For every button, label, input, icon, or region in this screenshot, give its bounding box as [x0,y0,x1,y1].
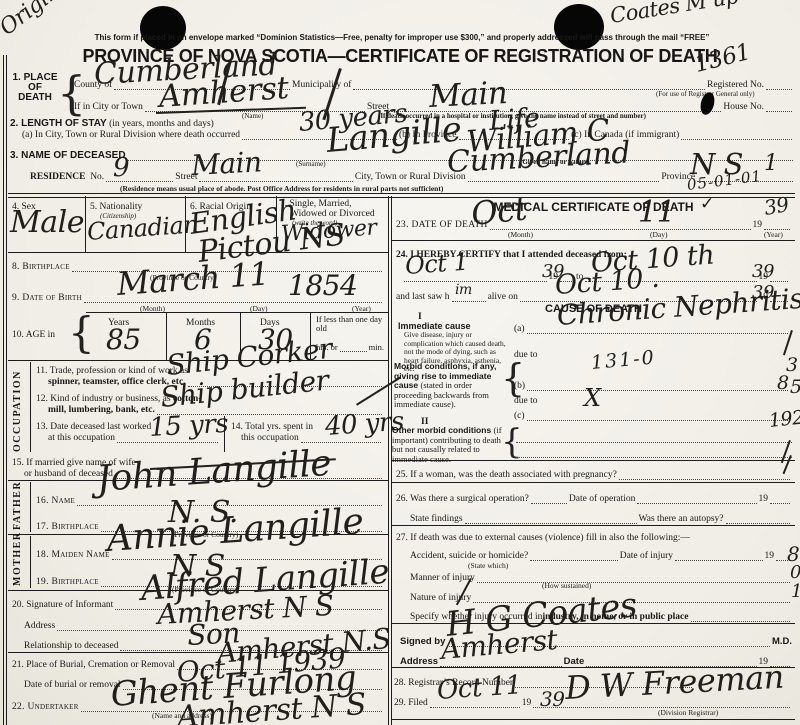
section-rule [392,482,795,483]
brace: { [501,356,525,400]
registered-no-label: Registered No. [707,80,764,90]
morbid-conditions-label: Morbid conditions, if any, giving rise t… [394,362,510,410]
father-birthplace-label: 17. Birthplace [36,522,99,532]
cause-a-label: (a) [514,324,525,334]
due-to-label: due to [514,396,537,406]
brace: { [68,308,95,357]
city-town-label: If in City or Town [74,102,143,112]
annotation-coates: Coates M up [609,0,740,27]
date-of-birth-label: 9. Date of Birth [12,293,82,303]
mother-side-label: MOTHER [12,538,23,586]
residence-extra-mark: 1 [764,153,778,175]
field-divider [224,416,225,452]
him-value: im [455,283,472,297]
municipality-label: Municipality of [292,80,351,90]
cause-b-x-mark: X [584,386,601,410]
birthplace-label: 8. Birthplace [12,262,70,272]
date-of-death-day-value: 11 [638,198,675,228]
last-worked-label: 13. Date deceased last worked [36,422,151,432]
name-of-deceased-label: 3. NAME OF DECEASED [10,150,126,161]
margin-code: 0 [790,564,800,582]
undertaker-label: 22. Undertaker [12,702,79,712]
residence-note: (Residence means usual place of abode. P… [120,184,443,193]
residence-no-value: 9 [113,155,129,181]
pregnancy-label: 25. If a woman, was the death associated… [396,470,617,480]
year-19-print: 19 [753,220,763,230]
margin-code: 8 [787,544,799,564]
last-saw-label: and last saw h [396,292,450,302]
cause-b-label: (b) [514,381,525,391]
margin-code: 1 [791,583,800,601]
min-label: min. [369,342,384,352]
filed-year-value: 39 [540,689,564,709]
cause-b-code: 131-0 [590,348,656,373]
age-table-top [86,312,388,313]
scan-left-edge [3,55,7,725]
margin-code: 8 [777,374,789,393]
accident-label: Accident, suicide or homicide? [410,551,528,561]
signed-by-label: Signed by [400,636,445,647]
medical-certificate-title: MEDICAL CERTIFICATE OF DEATH [392,200,795,214]
dotted-line [516,440,792,443]
dob-year-value: 1854 [288,272,357,300]
nationality-value: Canadian [86,212,199,244]
father-name-label: 16. Name [36,496,75,506]
section-divider [8,193,795,198]
residence-street-value: Main [191,148,263,180]
informant-address-label: Address [24,621,55,631]
mother-name-label: 18. Maiden Name [36,550,110,560]
industry-label-bold: mill, lumbering, bank, etc. [48,405,155,415]
age-years-value: 85 [106,326,141,354]
filed-label: 29. Filed [394,698,428,708]
father-name-value: John Langille [95,446,332,498]
nationality-label: 5. Nationality [90,202,142,212]
total-years-label: 14. Total yrs. spent in [231,422,313,432]
date-of-death-month-value: Oct [470,192,529,230]
trade-label: 11. Trade, profession or kind of work as [36,366,188,376]
section-rule [392,525,795,526]
surname-note: (Surname) [296,160,326,168]
less-than-day-label: If less than one day old [316,315,386,333]
stay-a-label: (a) In City, Town or Rural Division wher… [22,130,240,140]
informant-label: 20. Signature of Informant [12,600,113,610]
physician-address-label: Address [400,656,438,667]
residence-label: RESIDENCE [30,172,85,182]
manner-of-injury-label: Manner of injury [410,573,475,583]
ink-blob [554,4,604,50]
how-sustained-note: (How sustained) [542,581,591,590]
operation-label: 26. Was there a surgical operation? [396,494,529,504]
cause-c-label: (c) [514,411,525,421]
section-rule [392,460,795,461]
operation-date-label: Date of operation [569,494,635,504]
division-registrar-note: (Division Registrar) [658,708,718,717]
alive-on-label: alive on [488,292,518,302]
filed-date-value: Oct 11 [436,672,522,704]
industry-label: 12. Kind of industry or business, as [36,394,173,404]
mother-bracket [30,536,31,588]
state-findings-label: State findings [410,514,463,524]
father-bracket [30,482,31,532]
bottom-rule [392,719,795,720]
dotted-line [516,455,792,458]
date-of-death-year-value: 39 [763,194,791,218]
dob-value: March 11 [116,257,270,300]
age-label: 10. AGE in [12,330,55,340]
burial-label: 21. Place of Burial, Cremation or Remova… [12,660,175,670]
section-rule [392,240,795,241]
year-note: (Year) [764,230,783,239]
length-of-stay-label: 2. LENGTH OF STAY [10,118,107,129]
last-worked-value: 15 yrs [149,411,229,441]
occupation-side-label: OCCUPATION [12,364,23,452]
md-label: M.D. [772,636,792,647]
house-no-label: House No. [723,102,764,112]
father-side-label: FATHER [12,484,23,530]
ink-blob [140,6,186,50]
external-causes-label: 27. If death was due to external causes … [396,533,690,543]
attended-from-value: Oct 1 [404,250,469,278]
burial-date-label: Date of burial or removal [24,680,121,690]
mother-birthplace-label: 19. Birthplace [36,577,99,587]
other-morbid-label: Other morbid conditions (if important) c… [392,426,510,464]
injury-date-label: Date of injury [620,551,673,561]
sex-value: Male [10,208,84,238]
attended-to-year-value: 39 [752,263,774,281]
date-label: Date [564,656,585,667]
state-which-note: (State which) [468,561,508,570]
year-19-print: 19 [759,494,769,504]
margin-code: 192 [768,408,800,431]
residence-no-label: No. [90,172,104,182]
relationship-label: Relationship to deceased [24,641,118,651]
margin-code: 5 [790,378,800,397]
name-note: (Name) [242,112,263,120]
mail-fine-print: This form if placed in an envelope marke… [52,33,752,42]
month-note: (Month) [508,230,533,239]
check-mark: ✓ [700,196,714,213]
occupation-bracket [30,362,31,452]
day-note: (Day) [650,230,668,239]
autopsy-label: Was there an autopsy? [639,514,724,524]
death-certificate-scan: Original Coates M up This form if placed… [0,0,800,725]
year-19-print: 19 [765,551,775,561]
year-19-print: 19 [522,698,532,708]
